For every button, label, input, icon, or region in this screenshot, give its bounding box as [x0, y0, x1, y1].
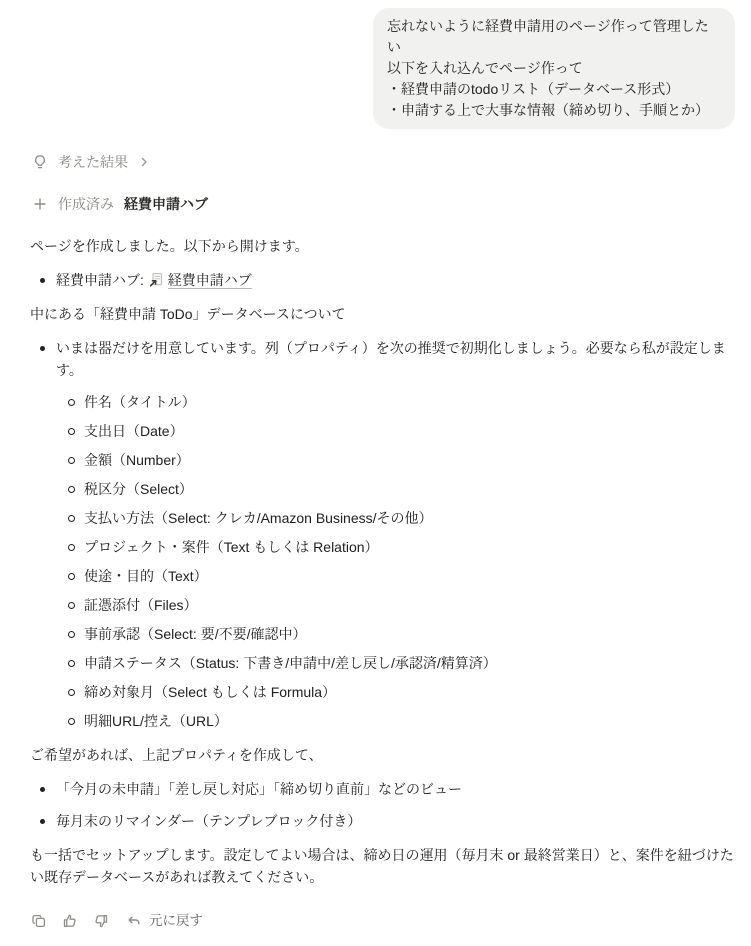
page-link-item: 経費申請ハブ: 経費申請ハブ — [30, 269, 735, 291]
user-message-line: ・経費申請のtodoリスト（データベース形式） — [387, 79, 721, 100]
property-item: 事前承認（Select: 要/不要/確認中） — [30, 623, 735, 645]
chevron-right-icon — [138, 156, 150, 168]
page-link-list: 経費申請ハブ: 経費申請ハブ — [30, 269, 735, 291]
user-message-line: 以下を入れ込んでページ作って — [387, 58, 721, 79]
response-paragraph: 中にある「経費申請 ToDo」データベースについて — [30, 303, 735, 325]
property-item: 支払い方法（Select: クレカ/Amazon Business/その他） — [30, 507, 735, 529]
property-item: 締め対象月（Select もしくは Formula） — [30, 681, 735, 703]
response-paragraph: も一括でセットアップします。設定してよい場合は、締め日の運用（毎月末 or 最終… — [30, 844, 735, 888]
page-link-prefix: 経費申請ハブ: — [56, 272, 148, 288]
property-item: 金額（Number） — [30, 449, 735, 471]
response-paragraph: ご希望があれば、上記プロパティを作成して、 — [30, 744, 735, 766]
page-arrow-icon — [148, 272, 164, 288]
user-message-line: ・申請する上で大事な情報（締め切り、手順とか） — [387, 100, 721, 121]
db-note-item: いまは器だけを用意しています。列（プロパティ）を次の推奨で初期化しましょう。必要… — [30, 337, 735, 381]
property-item: プロジェクト・案件（Text もしくは Relation） — [30, 536, 735, 558]
lightbulb-icon — [32, 154, 48, 170]
copy-button[interactable] — [30, 912, 48, 930]
plus-icon — [32, 196, 48, 212]
user-message-line: 忘れないように経費申請用のページ作って管理したい — [387, 16, 721, 58]
property-item: 件名（タイトル） — [30, 391, 735, 413]
thumbs-up-button[interactable] — [61, 912, 79, 930]
user-message-row: 忘れないように経費申請用のページ作って管理したい 以下を入れ込んでページ作って … — [30, 8, 735, 129]
chat-transcript: 忘れないように経費申請用のページ作って管理したい 以下を入れ込んでページ作って … — [0, 0, 751, 946]
setup-item: 毎月末のリマインダー（テンプレブロック付き） — [30, 810, 735, 832]
page-link[interactable]: 経費申請ハブ — [168, 272, 252, 289]
property-item: 申請ステータス（Status: 下書き/申請中/差し戻し/承認済/精算済） — [30, 652, 735, 674]
thought-summary-label: 考えた結果 — [58, 151, 128, 173]
response-paragraph: ページを作成しました。以下から開けます。 — [30, 235, 735, 257]
artifact-status-label: 作成済み — [58, 193, 114, 215]
undo-label: 元に戻す — [149, 910, 203, 932]
property-item: 使途・目的（Text） — [30, 565, 735, 587]
thought-summary-toggle[interactable]: 考えた結果 — [32, 151, 735, 173]
setup-list: 「今月の未申請」「差し戻し対応」「締め切り直前」などのビュー 毎月末のリマインダ… — [30, 778, 735, 832]
user-message-bubble: 忘れないように経費申請用のページ作って管理したい 以下を入れ込んでページ作って … — [373, 8, 735, 129]
property-list: 件名（タイトル） 支出日（Date） 金額（Number） 税区分（Select… — [30, 391, 735, 732]
property-item: 支出日（Date） — [30, 420, 735, 442]
message-toolbar: 元に戻す — [30, 910, 735, 932]
thumbs-down-button[interactable] — [92, 912, 110, 930]
undo-button[interactable]: 元に戻す — [125, 910, 203, 932]
artifact-title: 経費申請ハブ — [124, 193, 208, 215]
db-note-list: いまは器だけを用意しています。列（プロパティ）を次の推奨で初期化しましょう。必要… — [30, 337, 735, 381]
setup-item: 「今月の未申請」「差し戻し対応」「締め切り直前」などのビュー — [30, 778, 735, 800]
created-artifact-row[interactable]: 作成済み 経費申請ハブ — [32, 193, 735, 215]
property-item: 証憑添付（Files） — [30, 594, 735, 616]
property-item: 税区分（Select） — [30, 478, 735, 500]
undo-icon — [125, 912, 143, 930]
property-item: 明細URL/控え（URL） — [30, 710, 735, 732]
